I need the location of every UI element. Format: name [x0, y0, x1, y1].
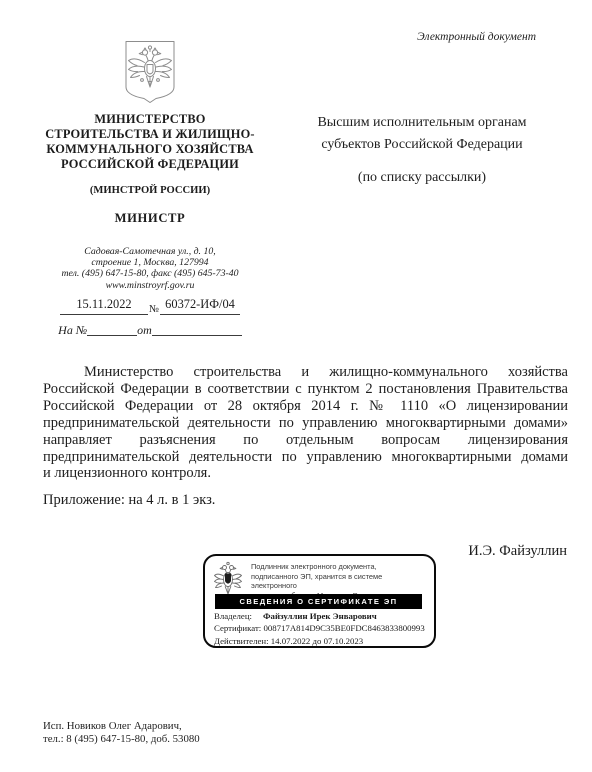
ministry-name: МИНИСТЕРСТВО СТРОИТЕЛЬСТВА И ЖИЛИЩНО- КО… [40, 112, 260, 172]
website-text: www.minstroyrf.gov.ru [40, 280, 260, 291]
executor-phone-line: тел.: 8 (495) 647-15-80, доб. 53080 [43, 733, 200, 746]
stamp-description-line: подписанного ЭП, хранится в системе элек… [251, 572, 429, 591]
electronic-document-note: Электронный документ [417, 31, 536, 43]
executor-info: Исп. Новиков Олег Адарович, тел.: 8 (495… [43, 720, 200, 746]
letterhead-column: МИНИСТЕРСТВО СТРОИТЕЛЬСТВА И ЖИЛИЩНО- КО… [40, 40, 260, 338]
certificate-number-row: Сертификат: 008717A814D9C35BE0FDC8463833… [214, 622, 425, 634]
in-reply-from-label: от [137, 323, 152, 337]
body-line: и лицензионного контроля. [43, 465, 568, 482]
address-line: тел. (495) 647-15-80, факс (495) 645-73-… [40, 268, 260, 279]
body-line: предпринимательской деятельности по упра… [43, 415, 568, 432]
coat-of-arms-icon [123, 40, 177, 104]
validity-value: 14.07.2022 до 07.10.2023 [271, 636, 363, 646]
certificate-validity-row: Действителен: 14.07.2022 до 07.10.2023 [214, 635, 425, 647]
in-reply-number-blank [87, 324, 137, 336]
ministry-name-line: КОММУНАЛЬНОГО ХОЗЯЙСТВА [40, 142, 260, 157]
body-line: предпринимательской деятельности по упра… [43, 449, 568, 466]
body-line: направляет разъяснения по отдельным вопр… [43, 432, 568, 449]
outgoing-number: 60372-ИФ/04 [160, 297, 240, 315]
certificate-info-header: СВЕДЕНИЯ О СЕРТИФИКАТЕ ЭП [215, 594, 422, 609]
address-line: строение 1, Москва, 127994 [40, 257, 260, 268]
addressee-line: Высшим исполнительным органам [308, 112, 536, 134]
certificate-number: 008717A814D9C35BE0FDC8463833800993 [263, 623, 424, 633]
body-line: Министерство строительства и жилищно-ком… [43, 364, 568, 381]
attachment-note: Приложение: на 4 л. в 1 экз. [43, 492, 215, 509]
addressee-block: Высшим исполнительным органам субъектов … [308, 112, 536, 189]
ministry-name-line: МИНИСТЕРСТВО [40, 112, 260, 127]
in-reply-prefix: На № [58, 323, 87, 337]
owner-name: Файзуллин Ирек Энварович [263, 611, 377, 621]
certificate-owner-row: Владелец:Файзуллин Ирек Энварович [214, 610, 425, 622]
position-title: МИНИСТР [40, 211, 260, 226]
reference-row: На №от [40, 322, 260, 338]
ministry-short-name: (МИНСТРОЙ РОССИИ) [40, 185, 260, 196]
executor-name-line: Исп. Новиков Олег Адарович, [43, 720, 200, 733]
outgoing-date: 15.11.2022 [60, 297, 148, 315]
address-block: Садовая-Самотечная ул., д. 10, строение … [40, 246, 260, 291]
distribution-note: (по списку рассылки) [308, 167, 536, 189]
in-reply-date-blank [152, 324, 242, 336]
ministry-name-line: СТРОИТЕЛЬСТВА И ЖИЛИЩНО- [40, 127, 260, 142]
body-line: Российской Федерации от 28 октября 2014 … [43, 398, 568, 415]
body-paragraph: Министерство строительства и жилищно-ком… [43, 364, 568, 482]
address-line: Садовая-Самотечная ул., д. 10, [40, 246, 260, 257]
certificate-label: Сертификат: [214, 623, 261, 633]
signatory-name: И.Э. Файзуллин [468, 543, 567, 560]
body-line: Российской Федерации в соответствии с пу… [43, 381, 568, 398]
date-number-row: 15.11.2022№60372-ИФ/04 [40, 295, 260, 315]
addressee-line: субъектов Российской Федерации [308, 134, 536, 156]
official-letter-page: Электронный документ [0, 0, 592, 772]
ministry-name-line: РОССИЙСКОЙ ФЕДЕРАЦИИ [40, 157, 260, 172]
e-signature-stamp: Подлинник электронного документа, подпис… [203, 554, 436, 648]
stamp-description-line: Подлинник электронного документа, [251, 562, 429, 572]
number-sign: № [149, 304, 159, 315]
validity-label: Действителен: [214, 636, 269, 646]
owner-label: Владелец: [214, 611, 252, 621]
certificate-details: Владелец:Файзуллин Ирек Энварович Сертиф… [214, 610, 425, 647]
